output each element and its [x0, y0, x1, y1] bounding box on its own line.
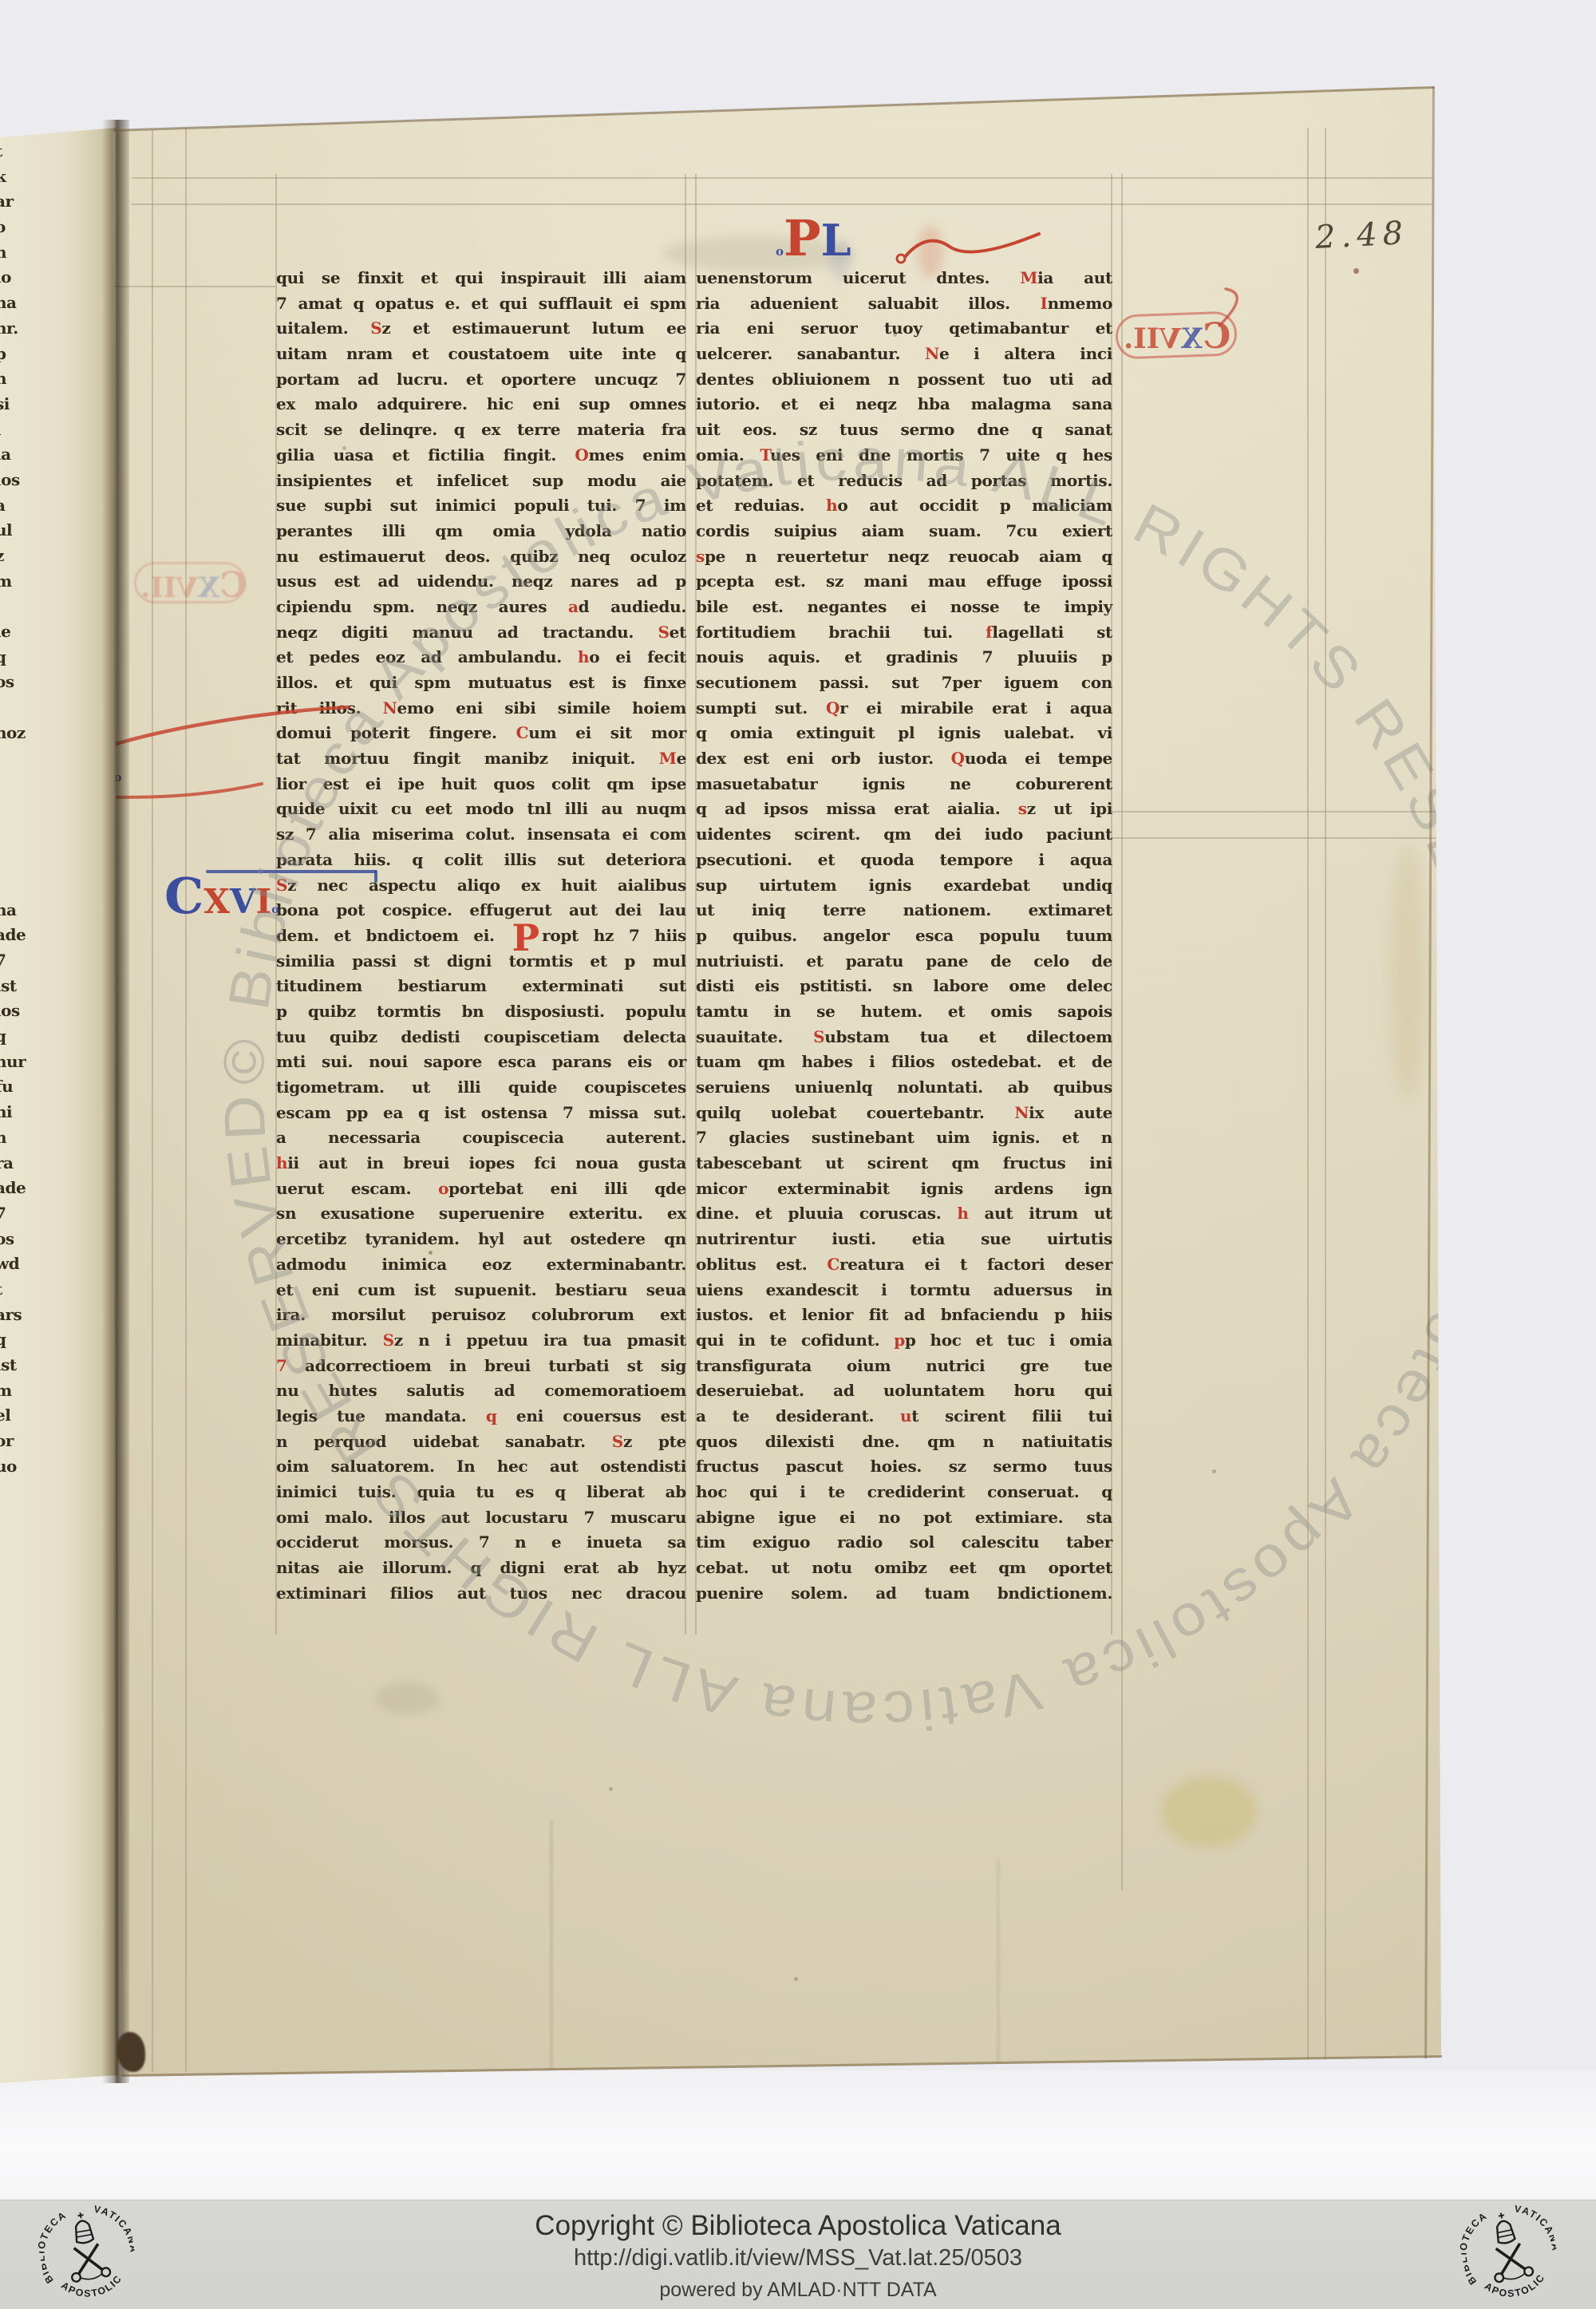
parchment-crease [551, 1820, 552, 2075]
manuscript-line: titudinem bestiarum exterminati sut [276, 974, 686, 999]
footer-copyright: Copyright © Biblioteca Apostolica Vatica… [0, 2210, 1596, 2242]
facing-page-text-fragment: hr. [0, 316, 41, 342]
manuscript-line: tigometram. ut illi quide coupiscetes [276, 1075, 686, 1101]
right-column: uenenstorum uicerut dntes. Mia autria ad… [696, 266, 1112, 1606]
manuscript-line: insipientes et infelicet sup modu aie [276, 469, 686, 494]
manuscript-line: nutriuisti. et paratu pane de celo de [696, 949, 1112, 975]
manuscript-line: spe n reuertetur neqz reuocab aiam q [696, 544, 1112, 570]
ruling-line [1111, 837, 1438, 839]
rubric-letter: I [150, 571, 163, 604]
facing-page-text-fragment [0, 822, 41, 848]
footer-bar: Copyright © Biblioteca Apostolica Vatica… [0, 2200, 1596, 2309]
manuscript-line: 7 glacies sustinebant uim ignis. et n [696, 1125, 1112, 1151]
manuscript-line: micor exterminabit ignis ardens ign [696, 1176, 1112, 1202]
manuscript-line: extiminari filios aut tuos nec dracou [276, 1581, 686, 1607]
facing-page-text-fragment: ist [0, 1353, 41, 1378]
manuscript-line: bile est. negantes ei nosse te impiy [696, 595, 1112, 620]
folio-number: 2.48 [1314, 215, 1409, 256]
manuscript-line: tamtu in se hutem. et omis sapois [696, 999, 1112, 1025]
rubric-letter: V [1159, 322, 1181, 355]
manuscript-line: suauitate. Substam tua et dilectoem [696, 1025, 1112, 1050]
manuscript-line: omia. Tues eni dne mortis 7 uite q hes [696, 443, 1112, 469]
manuscript-line: cebat. ut notu omibz eet qm oportet [696, 1556, 1112, 1581]
manuscript-line: p quibus. angelor esca populu tuum [696, 923, 1112, 949]
manuscript-line: a necessaria coupiscecia auterent. [276, 1125, 686, 1151]
rubric-letter: I [1147, 322, 1159, 355]
cxvi-overline-hook [374, 870, 377, 883]
manuscript-line: et eni cum ist supuenit. bestiaru seua [276, 1278, 686, 1303]
facing-page-text-fragment: t [0, 1277, 41, 1303]
facing-page-text-fragment: 7 [0, 948, 41, 974]
facing-page-text-fragment: n [0, 1125, 41, 1151]
rubric-letter: C [219, 565, 247, 606]
tiara-and-keys-icon [1482, 2208, 1534, 2283]
manuscript-line: tuu quibz dedisti coupiscetiam delecta [276, 1025, 686, 1050]
ruling-line [1325, 128, 1326, 2072]
facing-page-text-fragment: i [0, 417, 41, 443]
manuscript-line: 7 adcorrectioem in breui turbati st sig [276, 1354, 686, 1379]
manuscript-line: q ad ipsos missa erat aialia. sz ut ipi [696, 797, 1112, 822]
manuscript-line: potatem. et reducis ad portas mortis. [696, 469, 1112, 494]
facing-page-text-fragment: noz [0, 721, 41, 746]
manuscript-line: sn exusatione superuenire exteritu. ex [276, 1201, 686, 1227]
facing-page-text-fragment: io [0, 265, 41, 291]
rubric-letter: X [203, 882, 230, 921]
facing-page-text-fragment [0, 746, 41, 772]
facing-page-text-fragment: or [0, 1429, 41, 1454]
rubric-letter: C [164, 867, 203, 925]
manuscript-line: dentes obliuionem n possent tuo uti ad [696, 367, 1112, 393]
photo-cradle-background [0, 2070, 1596, 2200]
facing-page-text-fragment: si [0, 392, 41, 417]
manuscript-line: Sz nec aspectu aliqo ex huit aialibus [276, 873, 686, 899]
manuscript-line: neqz digiti manuu ad tractandu. Set [276, 620, 686, 646]
rubric-letter: V [230, 882, 256, 921]
facing-page-text-fragment: fu [0, 1074, 41, 1100]
manuscript-line: quilq uolebat couertebantr. Nix aute [696, 1101, 1112, 1126]
cxvii-tail [1216, 284, 1264, 332]
manuscript-line: et pedes eoz ad ambulandu. ho ei fecit [276, 645, 686, 670]
manuscript-line: fructus pascut hoies. sz sermo tuus [696, 1454, 1112, 1480]
facing-page-text-fragment: o [0, 215, 41, 240]
rubric-letter: X [198, 571, 219, 604]
facing-page-text-fragment: ul [0, 518, 41, 544]
manuscript-line: uelcerer. sanabantur. Ne i altera inci [696, 342, 1112, 367]
facing-page-text-fragment: ar [0, 189, 41, 215]
chapter-number-cxvi: CXVIo [164, 867, 279, 925]
facing-page-text-fragment: na [0, 291, 41, 316]
parchment-stain [1161, 1776, 1257, 1848]
manuscript-line: psecutioni. et quoda tempore i aqua [696, 848, 1112, 873]
cxvi-overline [206, 870, 377, 873]
manuscript-line: ut iniq terre nationem. extimaret [696, 898, 1112, 923]
manuscript-line: bona pot cospice. effugerut aut dei lau [276, 898, 686, 923]
ruling-line [132, 177, 1432, 179]
manuscript-line: portam ad lucru. et oportere uncuqz 7 [276, 367, 686, 393]
manuscript-line: secutionem passi. sut 7per iguem con [696, 670, 1112, 696]
rubric-letter: I [1133, 322, 1146, 355]
facing-page-text-fragment [0, 695, 41, 721]
facing-page-text-fragment: n [0, 366, 41, 392]
manuscript-line: n perquod uidebat sanabatr. Sz pte [276, 1429, 686, 1455]
facing-page-text-fragment: ars [0, 1303, 41, 1328]
manuscript-line: similia passi st digni tormtis et p mul [276, 949, 686, 975]
facing-page-text-fragment [0, 594, 41, 619]
gutter-shadow [102, 120, 129, 2083]
facing-page-text-fragment [0, 771, 41, 797]
manuscript-line: nouis aquis. et gradinis 7 pluuiis p [696, 645, 1112, 670]
parchment-crease [997, 1860, 999, 2075]
ruling-line [1111, 811, 1438, 812]
facing-page-text-fragment: m [0, 569, 41, 595]
manuscript-line: tim exiguo radio sol calescitu taber [696, 1530, 1112, 1556]
manuscript-line: iutorio. et ei neqz hba malagma sana [696, 392, 1112, 417]
facing-page-text-fragment: q [0, 645, 41, 670]
manuscript-line: sue supbi sut inimici populi tui. 7 im [276, 493, 686, 519]
facing-page-text-fragment: k [0, 164, 41, 190]
manuscript-line: oblitus est. Creatura ei t factori deser [696, 1252, 1112, 1278]
manuscript-line: mti sui. noui sapore esca parans eis or [276, 1050, 686, 1075]
manuscript-line: uitam nram et coustatoem uite inte q [276, 342, 686, 367]
manuscript-line: hii aut in breui iopes fci noua gusta [276, 1151, 686, 1176]
facing-page-text-fragment: q [0, 1327, 41, 1353]
ruling-line [152, 128, 153, 2072]
rubric-letter: L [821, 215, 851, 266]
manuscript-line: usus est ad uidendu. neqz nares ad p [276, 569, 686, 595]
parchment-stain [375, 1682, 439, 1714]
manuscript-line: dine. et pluuia coruscas. h aut itrum ut [696, 1201, 1112, 1227]
rubric-letter: . [140, 571, 150, 604]
manuscript-line: ex malo adquirere. hic eni sup omnes [276, 392, 686, 417]
digitized-manuscript-viewer: tkaronionahr.pnsiilalosaulzmieqosnoznaad… [0, 0, 1596, 2309]
facing-page-text-fragment: ade [0, 1176, 41, 1201]
manuscript-line: omi malo. illos aut locustaru 7 muscaru [276, 1505, 686, 1531]
manuscript-line: illos. et qui spm mutuatus est is finxe [276, 670, 686, 696]
facing-page-text-fragment: os [0, 670, 41, 695]
rubric-letter: o [271, 903, 279, 916]
manuscript-line: perantes illi qm omia ydola natio [276, 519, 686, 544]
manuscript-line: escam pp ea q ist ostensa 7 missa sut. [276, 1101, 686, 1126]
facing-page-text-fragment: p [0, 342, 41, 367]
footer-powered-by: powered by AMLAD·NTT DATA [0, 2279, 1596, 2302]
manuscript-line: p quibz tormtis bn disposiusti. populu [276, 999, 686, 1025]
manuscript-line: oim saluatorem. In hec aut ostendisti [276, 1454, 686, 1480]
manuscript-line: uidentes scirent. qm dei iudo paciunt [696, 822, 1112, 848]
manuscript-line: gilia uasa et fictilia fingit. Omes enim [276, 443, 686, 469]
manuscript-line: inimici tuis. quia tu es q liberat ab [276, 1480, 686, 1505]
manuscript-line: qui se finxit et qui inspirauit illi aia… [276, 266, 686, 291]
rubric-letter: I [164, 571, 176, 604]
footer-url: http://digi.vatlib.it/view/MSS_Vat.lat.2… [0, 2245, 1596, 2271]
manuscript-line: sumpti sut. Qr ei mirabile erat i aqua [696, 696, 1112, 722]
manuscript-line: ira. morsilut peruisoz colubrorum ext [276, 1303, 686, 1328]
facing-page-text-fragment: hi [0, 1100, 41, 1125]
manuscript-line: legis tue mandata. q eni couersus est [276, 1404, 686, 1429]
manuscript-line: nu estimauerut deos. quibz neq oculoz [276, 544, 686, 570]
facing-page-text-fragment: los [0, 998, 41, 1024]
manuscript-line: iustos. et lenior fit ad bnfaciendu p hi… [696, 1303, 1112, 1328]
facing-page-text-fragment: ra [0, 1151, 41, 1176]
vatican-library-emblem-left: BIBLIOTECA VATICANA APOSTOLICA [33, 2197, 142, 2307]
ruling-line [132, 204, 1432, 205]
rubric-letter: V [176, 571, 198, 604]
manuscript-line: abigne igue ei no pot extimiare. sta [696, 1505, 1112, 1531]
facing-page-text-fragment: m [0, 1378, 41, 1404]
header-flourish [895, 230, 1055, 281]
parchment-stain [1390, 846, 1425, 1101]
facing-page-text-fragment: a [0, 493, 41, 519]
manuscript-line: ercetibz tyranidem. hyl aut ostedere qn [276, 1227, 686, 1252]
facing-page-text-fragment: ie [0, 619, 41, 645]
manuscript-line: ria aduenient saluabit illos. Inmemo [696, 291, 1112, 317]
manuscript-line: minabitur. Sz n i ppetuu ira tua pmasit [276, 1328, 686, 1354]
manuscript-line: uerut escam. oportebat eni illi qde [276, 1176, 686, 1202]
rubric-letter: . [1124, 322, 1133, 355]
manuscript-line: nutrirentur iusti. etia sue uirtutis [696, 1227, 1112, 1252]
facing-page-text-fragment: n [0, 240, 41, 266]
facing-page-text-fragment: el [0, 1403, 41, 1429]
manuscript-line: 7 amat q opatus e. et qui sufflauit ei s… [276, 291, 686, 317]
manuscript-line: occiderut morsus. 7 n e inueta sa [276, 1530, 686, 1556]
manuscript-line: qui in te cofidunt. pp hoc et tuc i omia [696, 1328, 1112, 1354]
manuscript-line: nitas aie illorum. q digni erat ab hyz [276, 1556, 686, 1581]
manuscript-line: seruiens uniuenlq noluntati. ab quibus [696, 1075, 1112, 1101]
ruling-line [1121, 174, 1123, 1890]
facing-page-fragments: tkaronionahr.pnsiilalosaulzmieqosnoznaad… [0, 139, 41, 1479]
manuscript-line: dex est eni orb iustor. Quoda ei tempe [696, 746, 1112, 772]
manuscript-line: cordis suipius aiam suam. 7cu exiert [696, 519, 1112, 544]
manuscript-line: quos dilexisti dne. qm n natiuitatis [696, 1429, 1112, 1455]
facing-page-text-fragment [0, 872, 41, 898]
manuscript-line: admodu inimica eoz exterminabantr. [276, 1252, 686, 1278]
facing-page-text-fragment: uo [0, 1454, 41, 1480]
manuscript-line: puenire solem. ad tuam bndictionem. [696, 1581, 1112, 1607]
ruling-line [185, 128, 187, 2072]
facing-page-text-fragment: ist [0, 974, 41, 999]
manuscript-line: uit eos. sz tuus sermo dne q sanat [696, 417, 1112, 443]
facing-page-text-fragment [0, 797, 41, 822]
manuscript-line: uiens exandescit i tormtu aduersus in [696, 1278, 1112, 1303]
manuscript-line: parata hiis. q colit illis sut deteriora [276, 848, 686, 873]
facing-page-text-fragment: la [0, 442, 41, 468]
manuscript-line: pcepta est. sz mani mau effuge ipossi [696, 569, 1112, 595]
facing-page-text-fragment: os [0, 1227, 41, 1252]
rubric-letter: I [256, 882, 272, 921]
manuscript-line: uitalem. Sz et estimauerunt lutum ee [276, 316, 686, 342]
manuscript-line: cipiendu spm. neqz aures ad audiedu. [276, 595, 686, 620]
facing-page-text-fragment: q [0, 1024, 41, 1050]
rubric-letter: o [776, 244, 784, 259]
facing-page-text-fragment: t [0, 139, 41, 164]
manuscript-line: scit se delinqre. q ex terre materia fra [276, 417, 686, 443]
facing-page-text-fragment: los [0, 468, 41, 493]
manuscript-line: sup uirtutem ignis exardebat undiq [696, 873, 1112, 899]
facing-page-text-fragment: na [0, 898, 41, 923]
manuscript-line: ria eni seruor tuoy qetimabantur et [696, 316, 1112, 342]
manuscript-line: transfigurata oium nutrici gre tue [696, 1354, 1112, 1379]
ruling-line [1307, 128, 1309, 2072]
manuscript-page: qui se finxit et qui inspirauit illi aia… [0, 0, 1596, 2309]
manuscript-line: nu hutes salutis ad comemoratioem [276, 1378, 686, 1404]
facing-page-text-fragment: nur [0, 1050, 41, 1075]
manuscript-line: sz 7 alia miserima colut. insensata ei c… [276, 822, 686, 848]
rubric-letter: X [1181, 322, 1203, 355]
manuscript-line: dem. et bndictoem ei. Propt hz 7 hiis [276, 923, 686, 949]
tiara-and-keys-icon [61, 2209, 111, 2282]
chapter-number-cxvii-offset: CXVII. [1124, 316, 1231, 357]
facing-page-text-fragment: wd [0, 1251, 41, 1277]
manuscript-line: et reduias. ho aut occidit p maliciam [696, 493, 1112, 519]
manuscript-line: masuetabatur ignis ne coburerent [696, 772, 1112, 797]
facing-page-text-fragment: z [0, 544, 41, 569]
manuscript-line: hoc qui i te crediderint conseruat. q [696, 1480, 1112, 1505]
manuscript-line: tuam qm habes i filios ostedebat. et de [696, 1050, 1112, 1075]
manuscript-line: tabescebant ut scirent qm fructus ini [696, 1151, 1112, 1176]
manuscript-line: fortitudiem brachii tui. flagellati st [696, 620, 1112, 646]
manuscript-line: deseruiebat. ad uoluntatem horu qui [696, 1378, 1112, 1404]
facing-page-text-fragment: ade [0, 923, 41, 948]
manuscript-line: a te desiderant. ut scirent filii tui [696, 1404, 1112, 1429]
facing-page-text-fragment: 7 [0, 1201, 41, 1227]
vatican-library-emblem-right: BIBLIOTECA VATICANA APOSTOLICA [1453, 2196, 1565, 2307]
running-header-pl: oPL [776, 209, 851, 267]
left-column: qui se finxit et qui inspirauit illi aia… [276, 266, 686, 1606]
parchment-specks [0, 0, 2, 2]
rubric-letter: P [784, 209, 821, 267]
manuscript-line: q omia extinguit pl ignis ualebat. vi [696, 721, 1112, 746]
facing-page-text-fragment [0, 847, 41, 872]
manuscript-line: disti eis pstitisti. sn labore ome delec [696, 974, 1112, 999]
